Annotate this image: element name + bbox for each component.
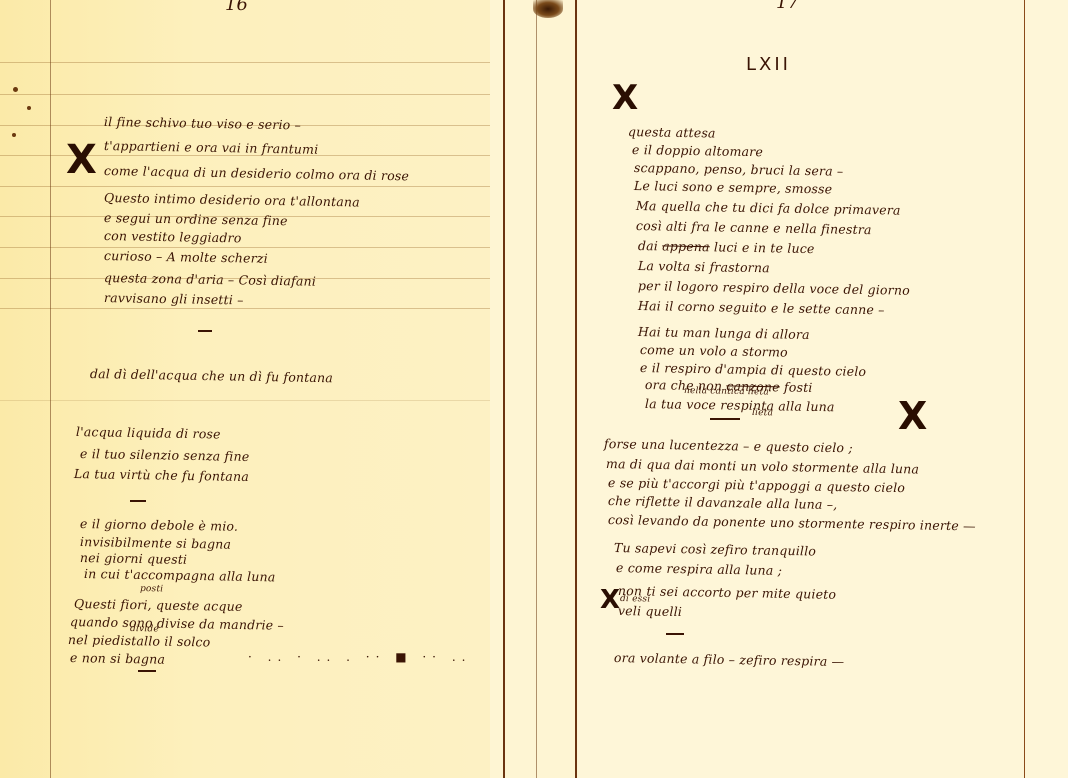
manuscript-line: come un volo a stormo: [640, 342, 788, 360]
manuscript-line: e il doppio altomare: [632, 142, 763, 159]
ruled-line: [0, 400, 490, 401]
manuscript-line: in cui t'accompagna alla luna: [84, 566, 276, 584]
section-dash: [138, 670, 156, 672]
folio-number: 17: [776, 0, 799, 13]
ink-spot: [13, 87, 18, 92]
page-edge-line: [575, 0, 577, 778]
manuscript-line: con vestito leggiadro: [104, 228, 242, 245]
manuscript-spread: 16 X il fine schivo tuo viso e serio – t…: [0, 0, 1068, 778]
margin-line: [50, 0, 51, 778]
poem-number: LXII: [746, 54, 791, 75]
manuscript-line: ravvisano gli insetti –: [104, 290, 244, 307]
manuscript-line: nel piedistallo il solco: [68, 632, 211, 649]
ruled-line: [0, 62, 490, 63]
spine-line: [536, 0, 537, 778]
ruled-line: [0, 186, 490, 187]
manuscript-line: e il tuo silenzio senza fine: [80, 446, 250, 464]
struck-word: appena: [662, 238, 710, 254]
page-edge-line: [503, 0, 505, 778]
manuscript-line: l'acqua liquida di rose: [76, 424, 221, 442]
ink-spot: [27, 106, 31, 110]
manuscript-line: questa zona d'aria – Così diafani: [104, 270, 316, 289]
section-dash: [130, 500, 146, 502]
manuscript-line: e il giorno debole è mio.: [80, 516, 238, 534]
cross-mark: X: [66, 140, 97, 180]
manuscript-line: come l'acqua di un desiderio colmo ora d…: [104, 163, 409, 183]
manuscript-line: nei giorni questi: [80, 550, 187, 567]
ruled-line: [0, 94, 490, 95]
manuscript-line: invisibilmente si bagna: [80, 534, 231, 552]
folio-number: 16: [225, 0, 248, 15]
manuscript-line: Questo intimo desiderio ora t'allontana: [104, 190, 360, 209]
interlinear-insertion: nella cantica lieta: [684, 386, 769, 397]
manuscript-line: il fine schivo tuo viso e serio –: [104, 114, 301, 132]
cross-mark: X: [612, 78, 638, 118]
manuscript-line: t'appartieni e ora vai in frantumi: [104, 138, 319, 157]
ruled-line: [0, 247, 490, 248]
section-dash: [198, 330, 212, 332]
spine-stain: [533, 0, 563, 18]
manuscript-line: dal dì dell'acqua che un dì fu fontana: [90, 366, 333, 385]
ink-spot: [12, 133, 16, 137]
manuscript-line: questa attesa: [628, 124, 716, 141]
section-dash: [666, 633, 684, 635]
manuscript-line: Questi fiori, queste acque: [74, 596, 243, 614]
manuscript-line-with-strikethrough: dai appena luci e in te luce: [638, 238, 815, 256]
manuscript-line: La volta si frastorna: [638, 258, 770, 275]
interlinear-insertion: posti: [140, 584, 163, 594]
ruled-line: [0, 308, 490, 309]
margin-line: [1024, 0, 1025, 778]
manuscript-line: La tua virtù che fu fontana: [74, 466, 249, 484]
cross-mark: X: [898, 396, 927, 436]
ink-specks: · .. · .. . ·· ■ ·· ..: [248, 650, 471, 664]
manuscript-line: Hai tu man lunga di allora: [638, 324, 810, 342]
manuscript-line: e come respira alla luna ;: [616, 560, 782, 578]
manuscript-line: e non si bagna: [70, 650, 165, 667]
section-dash: [710, 418, 740, 420]
manuscript-line: veli quelli: [618, 603, 682, 619]
interlinear-insertion: lieta: [752, 408, 773, 418]
manuscript-line: e segui un ordine senza fine: [104, 210, 288, 228]
left-page: 16 X il fine schivo tuo viso e serio – t…: [0, 0, 490, 778]
manuscript-line: quando sono divise da mandrie –: [70, 614, 284, 633]
manuscript-line: curioso – A molte scherzi: [104, 248, 268, 266]
